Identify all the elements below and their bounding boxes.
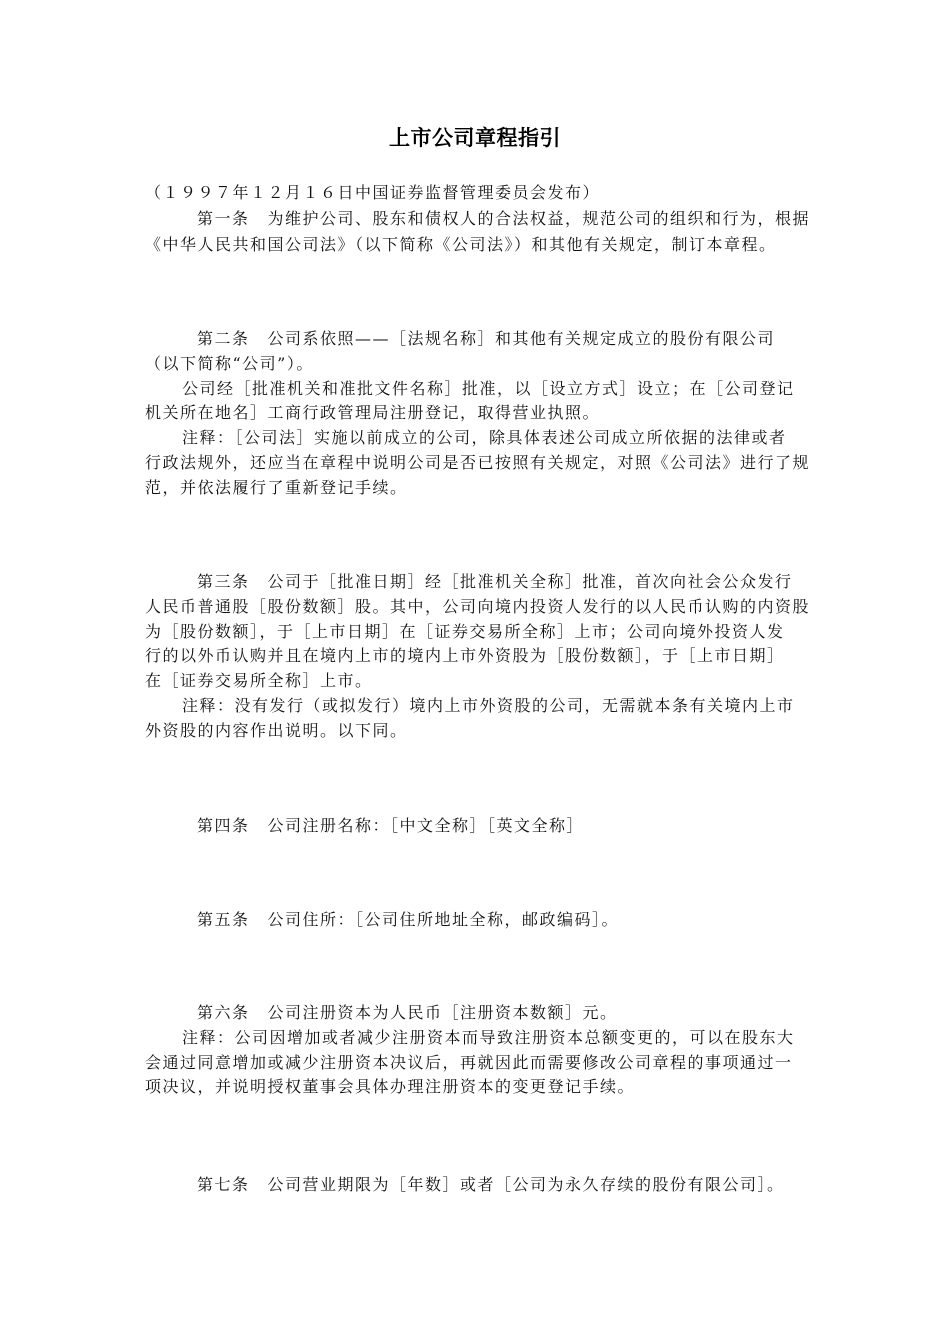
article-text: 公司注册名称：［中文全称］［英文全称］ xyxy=(268,816,585,835)
article-3-line-4: 行的以外币认购并且在境内上市的境内上市外资股为［股份数额］，于［上市日期］ xyxy=(145,644,825,669)
article-label: 第二条 xyxy=(197,329,250,348)
publication-note: （１９９７年１２月１６日中国证券监督管理委员会发布） xyxy=(145,180,825,206)
article-text: 公司系依照——［法规名称］和其他有关规定成立的股份有限公司 xyxy=(268,329,776,348)
article-2-line-1: 第二条公司系依照——［法规名称］和其他有关规定成立的股份有限公司 xyxy=(145,327,825,352)
article-2-note-line-3: 范，并依法履行了重新登记手续。 xyxy=(145,476,825,501)
article-label: 第四条 xyxy=(197,816,250,835)
article-6: 第六条公司注册资本为人民币［注册资本数额］元。 注释：公司因增加或者减少注册资本… xyxy=(145,1001,825,1100)
article-2-extra-line-2: 机关所在地名］工商行政管理局注册登记，取得营业执照。 xyxy=(145,401,825,426)
article-text: 为维护公司、股东和债权人的合法权益，规范公司的组织和行为，根据 xyxy=(268,209,811,228)
article-7-line-1: 第七条公司营业期限为［年数］或者［公司为永久存续的股份有限公司］。 xyxy=(145,1173,825,1198)
article-1-line-1: 第一条为维护公司、股东和债权人的合法权益，规范公司的组织和行为，根据 xyxy=(145,206,825,232)
article-2: 第二条公司系依照——［法规名称］和其他有关规定成立的股份有限公司 （以下简称“公… xyxy=(145,327,825,501)
article-text: 公司营业期限为［年数］或者［公司为永久存续的股份有限公司］。 xyxy=(268,1175,785,1194)
article-label: 第三条 xyxy=(197,572,250,591)
document-page: 上市公司章程指引 （１９９７年１２月１６日中国证券监督管理委员会发布） 第一条为… xyxy=(0,0,950,1344)
article-6-note-line-2: 会通过同意增加或减少注册资本决议后，再就因此而需要修改公司章程的事项通过一 xyxy=(145,1051,825,1076)
article-2-note-line-2: 行政法规外，还应当在章程中说明公司是否已按照有关规定，对照《公司法》进行了规 xyxy=(145,451,825,476)
article-3-note-line-2: 外资股的内容作出说明。以下同。 xyxy=(145,719,825,744)
article-3-line-1: 第三条公司于［批准日期］经［批准机关全称］批准，首次向社会公众发行 xyxy=(145,570,825,595)
article-6-note-line-3: 项决议，并说明授权董事会具体办理注册资本的变更登记手续。 xyxy=(145,1075,825,1100)
intro-block: （１９９７年１２月１６日中国证券监督管理委员会发布） 第一条为维护公司、股东和债… xyxy=(145,180,825,257)
article-3-line-2: 人民币普通股［股份数额］股。其中，公司向境内投资人发行的以人民币认购的内资股 xyxy=(145,595,825,620)
article-text: 公司注册资本为人民币［注册资本数额］元。 xyxy=(268,1003,618,1022)
article-2-line-2: （以下简称“公司”）。 xyxy=(145,352,825,377)
article-label: 第七条 xyxy=(197,1175,250,1194)
article-text: 公司于［批准日期］经［批准机关全称］批准，首次向社会公众发行 xyxy=(268,572,793,591)
article-4: 第四条公司注册名称：［中文全称］［英文全称］ xyxy=(145,814,825,839)
article-label: 第五条 xyxy=(197,910,250,929)
article-label: 第六条 xyxy=(197,1003,250,1022)
article-3: 第三条公司于［批准日期］经［批准机关全称］批准，首次向社会公众发行 人民币普通股… xyxy=(145,570,825,744)
article-3-note-line-1: 注释：没有发行（或拟发行）境内上市外资股的公司，无需就本条有关境内上市 xyxy=(145,694,825,719)
article-text: 公司住所：［公司住所地址全称，邮政编码］。 xyxy=(268,910,620,929)
article-1-line-2: 《中华人民共和国公司法》（以下简称《公司法》）和其他有关规定，制订本章程。 xyxy=(145,232,825,258)
article-6-note-line-1: 注释：公司因增加或者减少注册资本而导致注册资本总额变更的，可以在股东大 xyxy=(145,1026,825,1051)
document-title: 上市公司章程指引 xyxy=(0,123,950,153)
article-3-line-5: 在［证券交易所全称］上市。 xyxy=(145,669,825,694)
article-7: 第七条公司营业期限为［年数］或者［公司为永久存续的股份有限公司］。 xyxy=(145,1173,825,1198)
article-6-line-1: 第六条公司注册资本为人民币［注册资本数额］元。 xyxy=(145,1001,825,1026)
article-5-line-1: 第五条公司住所：［公司住所地址全称，邮政编码］。 xyxy=(145,908,825,933)
article-2-note-line-1: 注释：［公司法］实施以前成立的公司，除具体表述公司成立所依据的法律或者 xyxy=(145,426,825,451)
article-5: 第五条公司住所：［公司住所地址全称，邮政编码］。 xyxy=(145,908,825,933)
article-label: 第一条 xyxy=(197,209,250,228)
article-3-line-3: 为［股份数额］，于［上市日期］在［证券交易所全称］上市；公司向境外投资人发 xyxy=(145,620,825,645)
article-4-line-1: 第四条公司注册名称：［中文全称］［英文全称］ xyxy=(145,814,825,839)
article-2-extra-line-1: 公司经［批准机关和准批文件名称］批准，以［设立方式］设立；在［公司登记 xyxy=(145,377,825,402)
